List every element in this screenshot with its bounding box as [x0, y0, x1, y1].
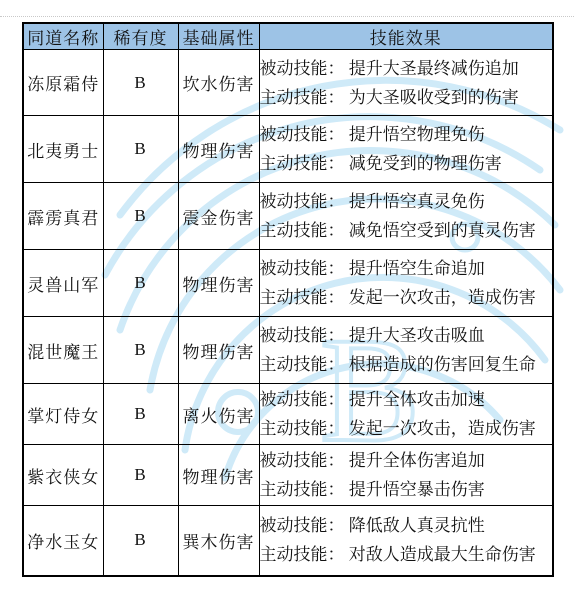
passive-skill-line: 被动技能： 降低敌人真灵抗性 [260, 511, 553, 540]
active-skill-line: 主动技能： 为大圣吸收受到的伤害 [260, 83, 553, 112]
active-skill-line: 主动技能： 发起一次攻击，造成伤害 [260, 283, 553, 312]
base-attribute: 坎水伤害 [178, 50, 259, 116]
passive-skill-line: 被动技能： 提升悟空物理免伤 [260, 120, 553, 149]
companion-name: 紫衣侠女 [23, 445, 103, 506]
header-companion-name: 同道名称 [23, 23, 103, 50]
active-skill-line: 主动技能： 对敌人造成最大生命伤害 [260, 540, 553, 569]
passive-skill-line: 被动技能： 提升大圣攻击吸血 [260, 321, 553, 350]
page-top-divider [0, 16, 574, 17]
passive-skill-line: 被动技能： 提升全体伤害追加 [260, 446, 553, 475]
rarity-value: B [103, 50, 178, 116]
rarity-value: B [103, 445, 178, 506]
table-row: 冻原霜侍 B 坎水伤害 被动技能： 提升大圣最终减伤追加 主动技能： 为大圣吸收… [23, 50, 553, 116]
active-skill-line: 主动技能： 发起一次攻击，造成伤害 [260, 414, 553, 443]
table-row: 掌灯侍女 B 离火伤害 被动技能： 提升全体攻击加速 主动技能： 发起一次攻击，… [23, 384, 553, 445]
rarity-value: B [103, 250, 178, 317]
base-attribute: 离火伤害 [178, 384, 259, 445]
skill-effect-cell: 被动技能： 提升大圣攻击吸血 主动技能： 根据造成的伤害回复生命 [259, 317, 553, 384]
skill-effect-cell: 被动技能： 降低敌人真灵抗性 主动技能： 对敌人造成最大生命伤害 [259, 506, 553, 576]
rarity-value: B [103, 116, 178, 183]
table-row: 北夷勇士 B 物理伤害 被动技能： 提升悟空物理免伤 主动技能： 减免受到的物理… [23, 116, 553, 183]
rarity-value: B [103, 506, 178, 576]
skill-effect-cell: 被动技能： 提升全体攻击加速 主动技能： 发起一次攻击，造成伤害 [259, 384, 553, 445]
rarity-value: B [103, 183, 178, 250]
passive-skill-line: 被动技能： 提升悟空生命追加 [260, 254, 553, 283]
table-header-row: 同道名称 稀有度 基础属性 技能效果 [23, 23, 553, 50]
rarity-value: B [103, 317, 178, 384]
skill-effect-cell: 被动技能： 提升悟空物理免伤 主动技能： 减免受到的物理伤害 [259, 116, 553, 183]
header-skill-effect: 技能效果 [259, 23, 553, 50]
base-attribute: 物理伤害 [178, 445, 259, 506]
table-row: 混世魔王 B 物理伤害 被动技能： 提升大圣攻击吸血 主动技能： 根据造成的伤害… [23, 317, 553, 384]
companions-table: 同道名称 稀有度 基础属性 技能效果 冻原霜侍 B 坎水伤害 被动技能： 提升大… [22, 22, 554, 577]
base-attribute: 物理伤害 [178, 116, 259, 183]
table-row: 灵兽山军 B 物理伤害 被动技能： 提升悟空生命追加 主动技能： 发起一次攻击，… [23, 250, 553, 317]
active-skill-line: 主动技能： 提升悟空暴击伤害 [260, 475, 553, 504]
base-attribute: 巽木伤害 [178, 506, 259, 576]
companion-name: 掌灯侍女 [23, 384, 103, 445]
passive-skill-line: 被动技能： 提升全体攻击加速 [260, 385, 553, 414]
table-row: 霹雳真君 B 震金伤害 被动技能： 提升悟空真灵免伤 主动技能： 减免悟空受到的… [23, 183, 553, 250]
companion-name: 净水玉女 [23, 506, 103, 576]
active-skill-line: 主动技能： 根据造成的伤害回复生命 [260, 350, 553, 379]
companion-name: 混世魔王 [23, 317, 103, 384]
companion-name: 霹雳真君 [23, 183, 103, 250]
companion-name: 北夷勇士 [23, 116, 103, 183]
active-skill-line: 主动技能： 减免悟空受到的真灵伤害 [260, 216, 553, 245]
rarity-value: B [103, 384, 178, 445]
skill-effect-cell: 被动技能： 提升悟空生命追加 主动技能： 发起一次攻击，造成伤害 [259, 250, 553, 317]
base-attribute: 物理伤害 [178, 317, 259, 384]
base-attribute: 物理伤害 [178, 250, 259, 317]
skill-effect-cell: 被动技能： 提升全体伤害追加 主动技能： 提升悟空暴击伤害 [259, 445, 553, 506]
page: B 同道名称 稀有度 基础属性 技能效果 冻原霜侍 B 坎水伤害 被动技能： 提… [0, 0, 574, 600]
table-row: 净水玉女 B 巽木伤害 被动技能： 降低敌人真灵抗性 主动技能： 对敌人造成最大… [23, 506, 553, 576]
header-base-attribute: 基础属性 [178, 23, 259, 50]
skill-effect-cell: 被动技能： 提升大圣最终减伤追加 主动技能： 为大圣吸收受到的伤害 [259, 50, 553, 116]
header-rarity: 稀有度 [103, 23, 178, 50]
active-skill-line: 主动技能： 减免受到的物理伤害 [260, 149, 553, 178]
base-attribute: 震金伤害 [178, 183, 259, 250]
passive-skill-line: 被动技能： 提升悟空真灵免伤 [260, 187, 553, 216]
companion-name: 灵兽山军 [23, 250, 103, 317]
passive-skill-line: 被动技能： 提升大圣最终减伤追加 [260, 54, 553, 83]
table-row: 紫衣侠女 B 物理伤害 被动技能： 提升全体伤害追加 主动技能： 提升悟空暴击伤… [23, 445, 553, 506]
skill-effect-cell: 被动技能： 提升悟空真灵免伤 主动技能： 减免悟空受到的真灵伤害 [259, 183, 553, 250]
companion-name: 冻原霜侍 [23, 50, 103, 116]
